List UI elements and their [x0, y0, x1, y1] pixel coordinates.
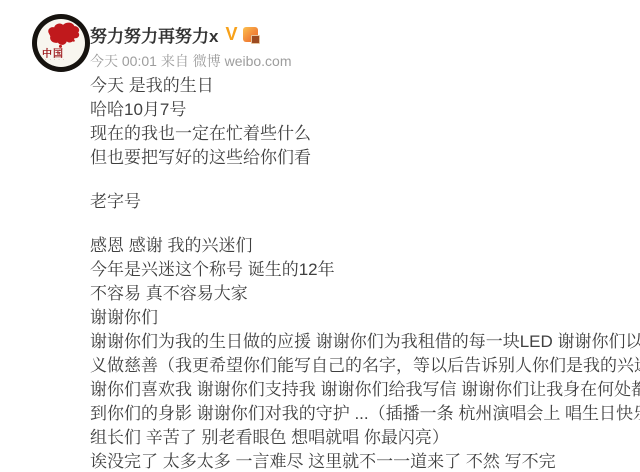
- author-name[interactable]: 努力努力再努力x: [90, 22, 218, 47]
- post-text-line: 感恩 感谢 我的兴迷们: [90, 234, 634, 258]
- membership-icon: [243, 27, 258, 42]
- post-text-line: 谢你们喜欢我 谢谢你们支持我 谢谢你们给我写信 谢谢你们让我身在何处都能看: [90, 378, 634, 402]
- avatar-sub-label: · · · · ·: [45, 58, 65, 62]
- avatar[interactable]: 中国 · · · · ·: [32, 14, 90, 72]
- verified-icon: V: [225, 25, 237, 43]
- author-row: 努力努力再努力x V: [90, 21, 258, 47]
- weibo-post: 中国 · · · · · 努力努力再努力x V 今天 00:01 来自 微博 w…: [0, 0, 640, 472]
- post-body: 今天 是我的生日哈哈10月7号现在的我也一定在忙着些什么但也要把写好的这些给你们…: [90, 74, 634, 472]
- membership-level-icon: [251, 35, 260, 44]
- post-text-line: 诶没完了 太多太多 一言难尽 这里就不一一道来了 不然 写不完: [90, 450, 634, 472]
- post-text-line: 现在的我也一定在忙着些什么: [90, 122, 634, 146]
- post-text-line: [90, 214, 634, 234]
- post-text-line: 不容易 真不容易大家: [90, 282, 634, 306]
- post-text-line: 谢谢你们为我的生日做的应援 谢谢你们为我租借的每一块LED 谢谢你们以我的名: [90, 330, 634, 354]
- post-timestamp-source[interactable]: 今天 00:01 来自 微博 weibo.com: [90, 51, 292, 71]
- avatar-image: 中国 · · · · ·: [37, 19, 85, 67]
- post-text-line: 今天 是我的生日: [90, 74, 634, 98]
- post-text-line: 哈哈10月7号: [90, 98, 634, 122]
- post-text-line: 今年是兴迷这个称号 诞生的12年: [90, 258, 634, 282]
- post-text-line: [90, 170, 634, 190]
- post-text-line: 组长们 辛苦了 别老看眼色 想唱就唱 你最闪亮）: [90, 426, 634, 450]
- post-text-line: 谢谢你们: [90, 306, 634, 330]
- post-text-line: 但也要把写好的这些给你们看: [90, 146, 634, 170]
- post-text-line: 老字号: [90, 190, 634, 214]
- post-text-line: 义做慈善（我更希望你们能写自己的名字，等以后告诉别人你们是我的兴迷）谢: [90, 354, 634, 378]
- post-text-line: 到你们的身影 谢谢你们对我的守护 ...（插播一条 杭州演唱会上 唱生日快乐歌的: [90, 402, 634, 426]
